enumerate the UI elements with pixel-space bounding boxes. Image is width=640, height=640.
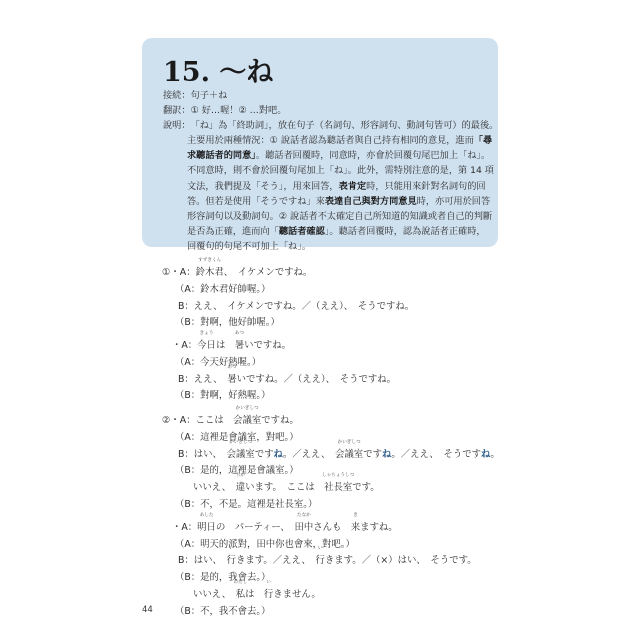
kanji: 鈴木君 xyxy=(196,267,224,278)
example-2b-negative-translation: （B：不，我不會去。） xyxy=(175,603,271,617)
example-2a-negative-translation: （B：不，不是。這裡是社長室。） xyxy=(175,496,317,510)
furigana: き xyxy=(353,512,358,518)
text: きます。／（×）はい、 そうです。 xyxy=(325,555,477,566)
text: です xyxy=(363,449,382,460)
example-2a-reply: B：はい、 かいぎしつ会議室ですね。／ええ、 かいぎしつ会議室ですね。／ええ、 … xyxy=(178,446,500,460)
example-2b-question: ・A：あした明日の パーティー、 たなか田中さんも き来ますね。 xyxy=(172,519,398,533)
furigana: い xyxy=(229,545,234,551)
example-2b-negative-reply: いいえ、 わたし私は い行きません。 xyxy=(193,586,321,600)
ruby-word: い行 xyxy=(316,552,325,566)
kanji: 会議室 xyxy=(335,449,363,460)
furigana: しゃちょうしつ xyxy=(322,472,354,478)
explanation-row: 說明：「ね」為「終助詞」，放在句子（名詞句、形容詞句、動詞句皆可）的最後。 xyxy=(163,118,498,133)
example-1a-translation: （A：鈴木君好帥喔。） xyxy=(175,281,270,295)
example-1b-reply: B：ええ、 あつ暑いですね。／（ええ）、 そうですね。 xyxy=(178,371,396,385)
kanji: 今日 xyxy=(197,340,216,351)
page-number: 44 xyxy=(142,605,153,615)
connection-label: 接続： xyxy=(163,88,191,103)
furigana: あした xyxy=(200,512,214,518)
example-1b-reply-translation: （B：對啊，好熱喔。） xyxy=(175,387,271,401)
ruby-word: すずきくん鈴木君 xyxy=(196,264,224,278)
example-2a-negative-reply: いいえ、 ちが違います。 ここは しゃちょうしつ社長室です。 xyxy=(193,479,380,493)
kanji: 暑 xyxy=(235,340,244,351)
text: きません。 xyxy=(273,589,320,600)
translation-label: 翻訳： xyxy=(163,103,191,118)
kanji: 社長室 xyxy=(324,482,352,493)
text: 。／ええ、 そうです xyxy=(391,449,481,460)
explanation-line-3: 不同意時，則不會於回覆句尾加上「ね」。此外，需特別注意的是，第 14 項 xyxy=(187,163,497,178)
text: います。 ここは xyxy=(245,482,324,493)
example-1a-reply: B：ええ、 イケメンですね。／（ええ）、 そうですね。 xyxy=(178,298,414,312)
ruby-word: き来 xyxy=(351,519,360,533)
connection-row: 接続：句子＋ね xyxy=(163,88,227,103)
text: B：はい、 xyxy=(178,449,227,460)
example-marker: ①・A： xyxy=(162,267,196,278)
text: です。 xyxy=(352,482,379,493)
example-2b-reply-translation: （B：是的，我會去。） xyxy=(175,569,271,583)
ruby-word: い行 xyxy=(264,586,273,600)
explanation-line-6: 形容詞句以及動詞句。② 說話者不太確定自己所知道的知識或者自己的判斷 xyxy=(187,209,497,224)
text: は xyxy=(245,589,264,600)
explanation-line-5: 答。但若是使用「そうですね」來表達自己與對方同意見時，亦可用於回答 xyxy=(187,194,497,209)
ruby-word: たなか田中 xyxy=(295,519,314,533)
explanation-line-4: 文法，我們提及「そう」，用來回答，表肯定時，只能用來針對名詞句的回 xyxy=(187,179,497,194)
furigana: い xyxy=(318,545,323,551)
example-marker: ・A： xyxy=(172,522,197,533)
kanji: 会議室 xyxy=(227,449,255,460)
text: B：ええ、 xyxy=(178,374,227,385)
example-marker: ②・A： xyxy=(162,415,196,426)
furigana: たなか xyxy=(297,512,311,518)
example-1b-question: ・A：きょう今日は あつ暑いですね。 xyxy=(172,337,291,351)
explanation-label: 說明： xyxy=(163,118,191,133)
text: の パーティー、 xyxy=(216,522,295,533)
kanji: 暑 xyxy=(227,374,236,385)
highlighted-particle: ね xyxy=(481,449,490,460)
kanji: 行 xyxy=(316,555,325,566)
kanji: 違 xyxy=(236,482,245,493)
text: さんも xyxy=(313,522,351,533)
furigana: すずきくん xyxy=(198,257,221,263)
explanation-line-8: 回覆句的句尾不可加上「ね」。 xyxy=(187,239,497,254)
text: B：はい、 xyxy=(178,555,227,566)
furigana: わたし xyxy=(234,579,248,585)
furigana: かいぎしつ xyxy=(338,439,361,445)
text: ここは xyxy=(196,415,234,426)
furigana: あつ xyxy=(235,330,244,336)
furigana: かいぎしつ xyxy=(229,439,252,445)
kanji: 私 xyxy=(236,589,245,600)
example-1b-translation: （A：今天好熱喔。） xyxy=(175,354,261,368)
text: 。 xyxy=(490,449,499,460)
ruby-word: しゃちょうしつ社長室 xyxy=(324,479,352,493)
book-page: 15. ～ね 接続：句子＋ね 翻訳：① 好…喔！② …對吧。 說明：「ね」為「終… xyxy=(0,0,640,640)
ruby-word: ちが違 xyxy=(236,479,245,493)
kanji: 行 xyxy=(264,589,273,600)
text: は xyxy=(216,340,235,351)
furigana: い xyxy=(266,579,271,585)
highlighted-particle: ね xyxy=(382,449,391,460)
text: いですね。 xyxy=(244,340,291,351)
sentence-rest: 、 イケメンですね。 xyxy=(224,267,313,278)
furigana: きょう xyxy=(200,330,214,336)
text: いいえ、 xyxy=(193,589,236,600)
ruby-word: あつ暑 xyxy=(235,337,244,351)
ruby-word: きょう今日 xyxy=(197,337,216,351)
text: ですね。 xyxy=(261,415,299,426)
ruby-word: い行 xyxy=(227,552,236,566)
ruby-word: わたし私 xyxy=(236,586,245,600)
kanji: 田中 xyxy=(295,522,314,533)
kanji: 来 xyxy=(351,522,360,533)
highlighted-particle: ね xyxy=(274,449,283,460)
example-2a-question: ②・A：ここは かいぎしつ会議室ですね。 xyxy=(162,412,299,426)
furigana: あつ xyxy=(227,364,236,370)
kanji: 明日 xyxy=(197,522,216,533)
example-2b-translation: （A：明天的派對，田中你也會來，對吧。） xyxy=(175,536,355,550)
kanji: 会議室 xyxy=(233,415,261,426)
translation-row: 翻訳：① 好…喔！② …對吧。 xyxy=(163,103,286,118)
example-1a-reply-translation: （B：對啊，他好帥喔。） xyxy=(175,314,280,328)
explanation-line-0: 「ね」為「終助詞」，放在句子（名詞句、形容詞句、動詞句皆可）的最後。 xyxy=(191,120,499,131)
text: いですね。／（ええ）、 そうですね。 xyxy=(237,374,396,385)
furigana: ちが xyxy=(236,472,245,478)
ruby-word: あつ暑 xyxy=(227,371,236,385)
example-1a-question: ①・A：すずきくん鈴木君、 イケメンですね。 xyxy=(162,264,312,278)
text: ますね。 xyxy=(360,522,398,533)
text: いいえ、 xyxy=(193,482,236,493)
kanji: 行 xyxy=(227,555,236,566)
explanation-line-1: 主要用於兩種情況：① 說話者認為聽話者與自己持有相同的意見，進而「尋 xyxy=(187,133,497,148)
example-2b-reply: B：はい、 い行きます。／ええ、 い行きます。／（×）はい、 そうです。 xyxy=(178,552,477,566)
grammar-title: 15. ～ね xyxy=(163,50,273,89)
ruby-word: あした明日 xyxy=(197,519,216,533)
ruby-word: かいぎしつ会議室 xyxy=(227,446,255,460)
translation-value: ① 好…喔！② …對吧。 xyxy=(191,105,287,116)
ruby-word: かいぎしつ会議室 xyxy=(233,412,261,426)
example-marker: ・A： xyxy=(172,340,197,351)
ruby-word: かいぎしつ会議室 xyxy=(335,446,363,460)
text: きます。／ええ、 xyxy=(236,555,316,566)
explanation-line-2: 求聽話者的同意」。聽話者回覆時，同意時，亦會於回覆句尾巴加上「ね」。 xyxy=(187,148,497,163)
explanation-body: 主要用於兩種情況：① 說話者認為聽話者與自己持有相同的意見，進而「尋 求聽話者的… xyxy=(187,133,497,255)
text: 。／ええ、 xyxy=(283,449,335,460)
explanation-line-7: 是否為正確，進而向「聽話者確認」。聽話者回覆時，認為說話者正確時， xyxy=(187,224,497,239)
text: です xyxy=(255,449,274,460)
connection-value: 句子＋ね xyxy=(191,90,228,101)
furigana: かいぎしつ xyxy=(236,405,259,411)
